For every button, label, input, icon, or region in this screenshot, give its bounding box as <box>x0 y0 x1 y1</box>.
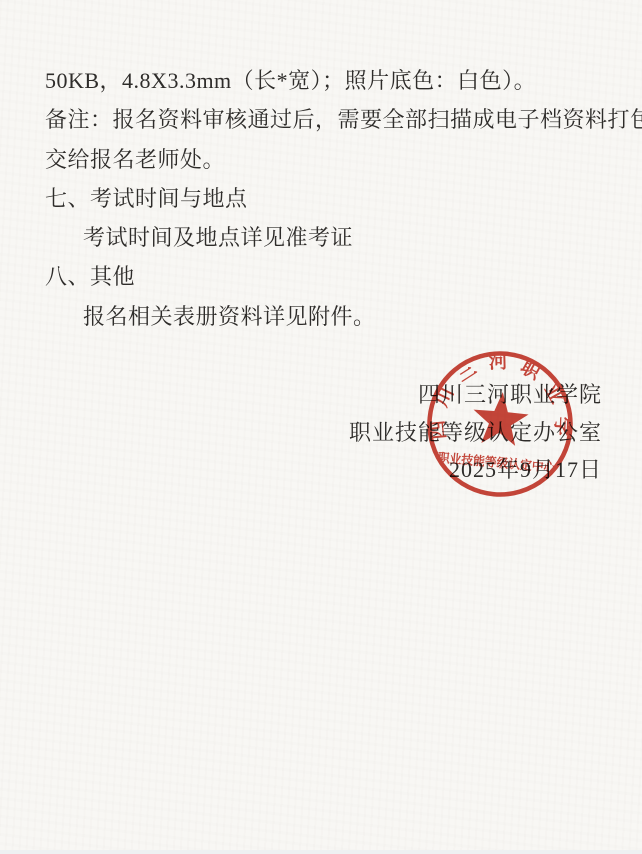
document-line-photo-spec: 50KB，4.8X3.3mm（长*宽）；照片底色：白色）。 <box>45 61 605 100</box>
document-line-exam-time: 考试时间及地点详见准考证 <box>45 218 605 257</box>
seal-star-icon <box>471 390 531 447</box>
document-line-remark-2: 交给报名老师处。 <box>45 140 605 179</box>
svg-text:四川三河职业学院: 四川三河职业学院 <box>419 343 582 453</box>
seal-banner-text: 职业技能等级认定中心 <box>437 450 556 475</box>
document-heading-section-8: 八、其他 <box>45 257 605 296</box>
document-body: 50KB，4.8X3.3mm（长*宽）；照片底色：白色）。 备注：报名资料审核通… <box>45 61 605 336</box>
document-line-attachment: 报名相关表册资料详见附件。 <box>45 297 605 336</box>
document-line-remark-1: 备注：报名资料审核通过后，需要全部扫描成电子档资料打包 <box>45 100 605 139</box>
scan-edge-strip <box>0 850 642 854</box>
official-seal: 四川三河职业学院 职业技能等级认定中心 <box>419 343 582 506</box>
seal-arc-text: 四川三河职业学院 <box>419 343 582 453</box>
scanned-document-page: 50KB，4.8X3.3mm（长*宽）；照片底色：白色）。 备注：报名资料审核通… <box>0 0 642 854</box>
document-heading-section-7: 七、考试时间与地点 <box>45 179 605 218</box>
